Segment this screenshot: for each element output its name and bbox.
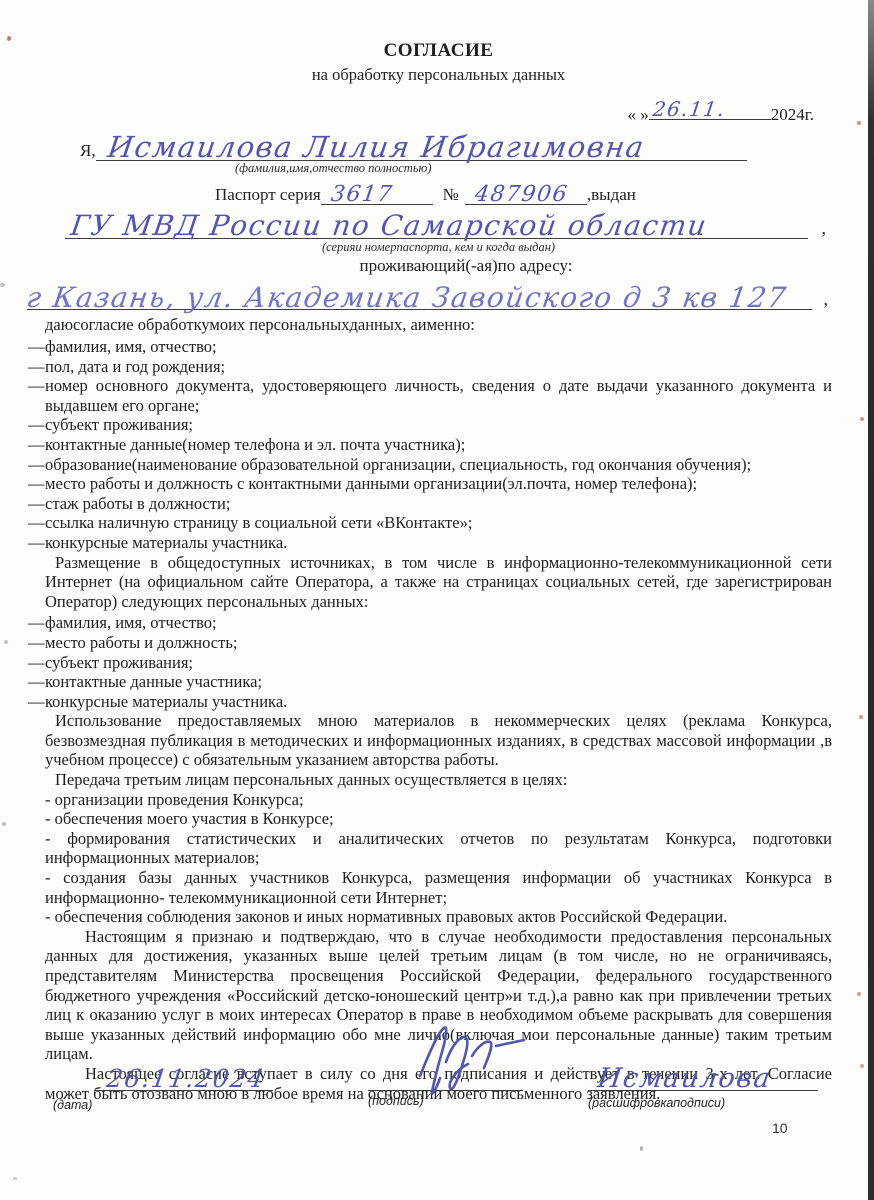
list-item: —фамилия, имя, отчество; xyxy=(45,337,832,357)
list-item: —субъект проживания; xyxy=(45,653,832,673)
handwritten-signature-date: 26.11.2024 xyxy=(105,1064,267,1093)
handwritten-passport-series: 3617 xyxy=(329,182,395,207)
date-quotes: « » xyxy=(627,105,648,124)
scan-speck xyxy=(859,715,863,719)
list-item-text: фамилия, имя, отчество; xyxy=(45,613,217,632)
scan-speck xyxy=(860,1064,864,1068)
handwritten-date: 26.11. xyxy=(651,97,727,121)
dash-marker: — xyxy=(28,357,45,377)
passport-number-blank: 487906 xyxy=(465,184,587,205)
list-item: —ссылка наличную страницу в социальной с… xyxy=(45,513,832,533)
address-comma: , xyxy=(812,289,833,310)
scan-edge-shadow xyxy=(868,0,874,1200)
dash-marker: — xyxy=(28,672,45,692)
signature-date-blank: 26.11.2024 xyxy=(95,1056,273,1091)
list-item-text: контактные данные участника; xyxy=(45,672,262,691)
issued-label: ,выдан xyxy=(587,185,636,205)
scan-speck xyxy=(13,1177,17,1180)
list-item: —образование(наименование образовательно… xyxy=(45,455,832,475)
published-data-list: —фамилия, имя, отчество; —место работы и… xyxy=(45,613,832,711)
list-item: —место работы и должность с контактными … xyxy=(45,474,832,494)
handwritten-address: г Казань, ул. Академика Завойского д 3 к… xyxy=(25,281,790,314)
address-label: проживающий(-ая)по адресу: xyxy=(45,256,832,276)
document-content: СОГЛАСИЕ на обработку персональных данны… xyxy=(0,0,874,1103)
list-item: —номер основного документа, удостоверяющ… xyxy=(45,376,832,415)
consent-intro: даюсогласие обработкумоих персональныхда… xyxy=(45,315,832,335)
dash-marker: — xyxy=(28,435,45,455)
usage-paragraph: Использование предоставляемых мною матер… xyxy=(45,711,832,770)
list-item-text: субъект проживания; xyxy=(45,415,193,434)
list-item: - создания базы данных участников Конкур… xyxy=(45,868,832,907)
header-date-line: « »26.11.2024г. xyxy=(45,99,832,123)
passport-series-blank: 3617 xyxy=(321,184,433,205)
handwritten-signature-stroke xyxy=(398,1018,538,1098)
scan-speck xyxy=(7,36,11,41)
dash-marker: — xyxy=(28,337,45,357)
scan-speck xyxy=(857,992,861,996)
list-item: - формирования статистических и аналитич… xyxy=(45,829,832,868)
i-label: Я, xyxy=(80,141,96,161)
handwritten-full-name: Исмаилова Лилия Ибрагимовна xyxy=(105,130,647,164)
issued-caption: (серияи номерпаспорта, кем и когда выдан… xyxy=(45,240,832,254)
decipher-caption: (расшифровкаподписи) xyxy=(588,1096,725,1110)
list-item-text: фамилия, имя, отчество; xyxy=(45,337,217,356)
date-caption: (дата) xyxy=(53,1098,92,1112)
list-item: - обеспечения соблюдения законов и иных … xyxy=(45,907,832,927)
list-item-text: место работы и должность с контактными д… xyxy=(45,474,697,493)
dash-marker: — xyxy=(28,513,45,533)
date-year: 2024г. xyxy=(771,105,814,124)
list-item-text: субъект проживания; xyxy=(45,653,193,672)
document-title: СОГЛАСИЕ xyxy=(45,40,832,62)
scan-speck xyxy=(0,283,5,287)
passport-label: Паспорт серия xyxy=(215,185,321,205)
scan-speck xyxy=(2,822,6,826)
placement-paragraph: Размещение в общедоступных источниках, в… xyxy=(45,553,832,612)
issued-by-line: ГУ МВД России по Самарской области , xyxy=(45,207,832,239)
dash-marker: — xyxy=(28,415,45,435)
dash-marker: — xyxy=(28,692,45,712)
issued-comma: , xyxy=(808,218,833,239)
list-item: —конкурсные материалы участника. xyxy=(45,533,832,553)
transfer-purpose-list: - организации проведения Конкурса; - обе… xyxy=(45,790,832,927)
handwritten-issued-by: ГУ МВД России по Самарской области xyxy=(69,209,710,242)
dash-marker: — xyxy=(28,455,45,475)
document-subtitle: на обработку персональных данных xyxy=(45,65,832,85)
list-item: - организации проведения Конкурса; xyxy=(45,790,832,810)
list-item-text: контактные данные(номер телефона и эл. п… xyxy=(45,435,465,454)
address-line: г Казань, ул. Академика Завойского д 3 к… xyxy=(27,276,832,310)
list-item-text: конкурсные материалы участника. xyxy=(45,533,287,552)
page-number: 10 xyxy=(772,1120,788,1136)
list-item: —фамилия, имя, отчество; xyxy=(45,613,832,633)
dash-marker: — xyxy=(28,533,45,553)
name-line: Я, Исмаилова Лилия Ибрагимовна xyxy=(45,131,832,161)
signature-name-blank: Исмаилова xyxy=(588,1056,818,1091)
issued-by-blank: ГУ МВД России по Самарской области xyxy=(65,210,808,239)
list-item-text: пол, дата и год рождения; xyxy=(45,357,225,376)
list-item-text: конкурсные материалы участника. xyxy=(45,692,287,711)
list-item: —место работы и должность; xyxy=(45,633,832,653)
list-item: —стаж работы в должности; xyxy=(45,494,832,514)
list-item: —конкурсные материалы участника. xyxy=(45,692,832,712)
personal-data-list: —фамилия, имя, отчество; —пол, дата и го… xyxy=(45,337,832,553)
dash-marker: — xyxy=(28,474,45,494)
dash-marker: — xyxy=(28,494,45,514)
dash-marker: — xyxy=(28,613,45,633)
name-blank: Исмаилова Лилия Ибрагимовна xyxy=(96,134,747,161)
scan-speck xyxy=(857,121,861,125)
scan-speck xyxy=(640,1146,643,1151)
dash-marker: — xyxy=(28,633,45,653)
list-item: —субъект проживания; xyxy=(45,415,832,435)
handwritten-passport-number: 487906 xyxy=(473,182,569,207)
scanned-consent-document: СОГЛАСИЕ на обработку персональных данны… xyxy=(0,0,874,1200)
passport-line: Паспорт серия 3617 № 487906 ,выдан xyxy=(45,181,832,205)
list-item-text: стаж работы в должности; xyxy=(45,494,230,513)
handwritten-signature-name: Исмаилова xyxy=(596,1063,774,1094)
sign-caption: (подпись) xyxy=(368,1094,424,1108)
address-blank: г Казань, ул. Академика Завойского д 3 к… xyxy=(27,281,812,310)
list-item: —контактные данные(номер телефона и эл. … xyxy=(45,435,832,455)
scan-speck xyxy=(4,640,8,644)
number-sign: № xyxy=(443,185,459,205)
dash-marker: — xyxy=(28,376,45,396)
list-item-text: место работы и должность; xyxy=(45,633,237,652)
list-item: - обеспечения моего участия в Конкурсе; xyxy=(45,809,832,829)
list-item: —пол, дата и год рождения; xyxy=(45,357,832,377)
list-item: —контактные данные участника; xyxy=(45,672,832,692)
list-item-text: образование(наименование образовательной… xyxy=(45,455,751,474)
signature-block: 26.11.2024 (дата) (подпись) Исмаилова (р… xyxy=(45,1048,835,1128)
transfer-intro: Передача третьим лицам персональных данн… xyxy=(45,770,832,790)
dash-marker: — xyxy=(28,653,45,673)
date-blank: 26.11. xyxy=(649,99,771,120)
signature-blank xyxy=(368,1056,523,1091)
list-item-text: номер основного документа, удостоверяюще… xyxy=(45,376,832,415)
scan-speck xyxy=(860,417,864,421)
list-item-text: ссылка наличную страницу в социальной се… xyxy=(45,513,472,532)
